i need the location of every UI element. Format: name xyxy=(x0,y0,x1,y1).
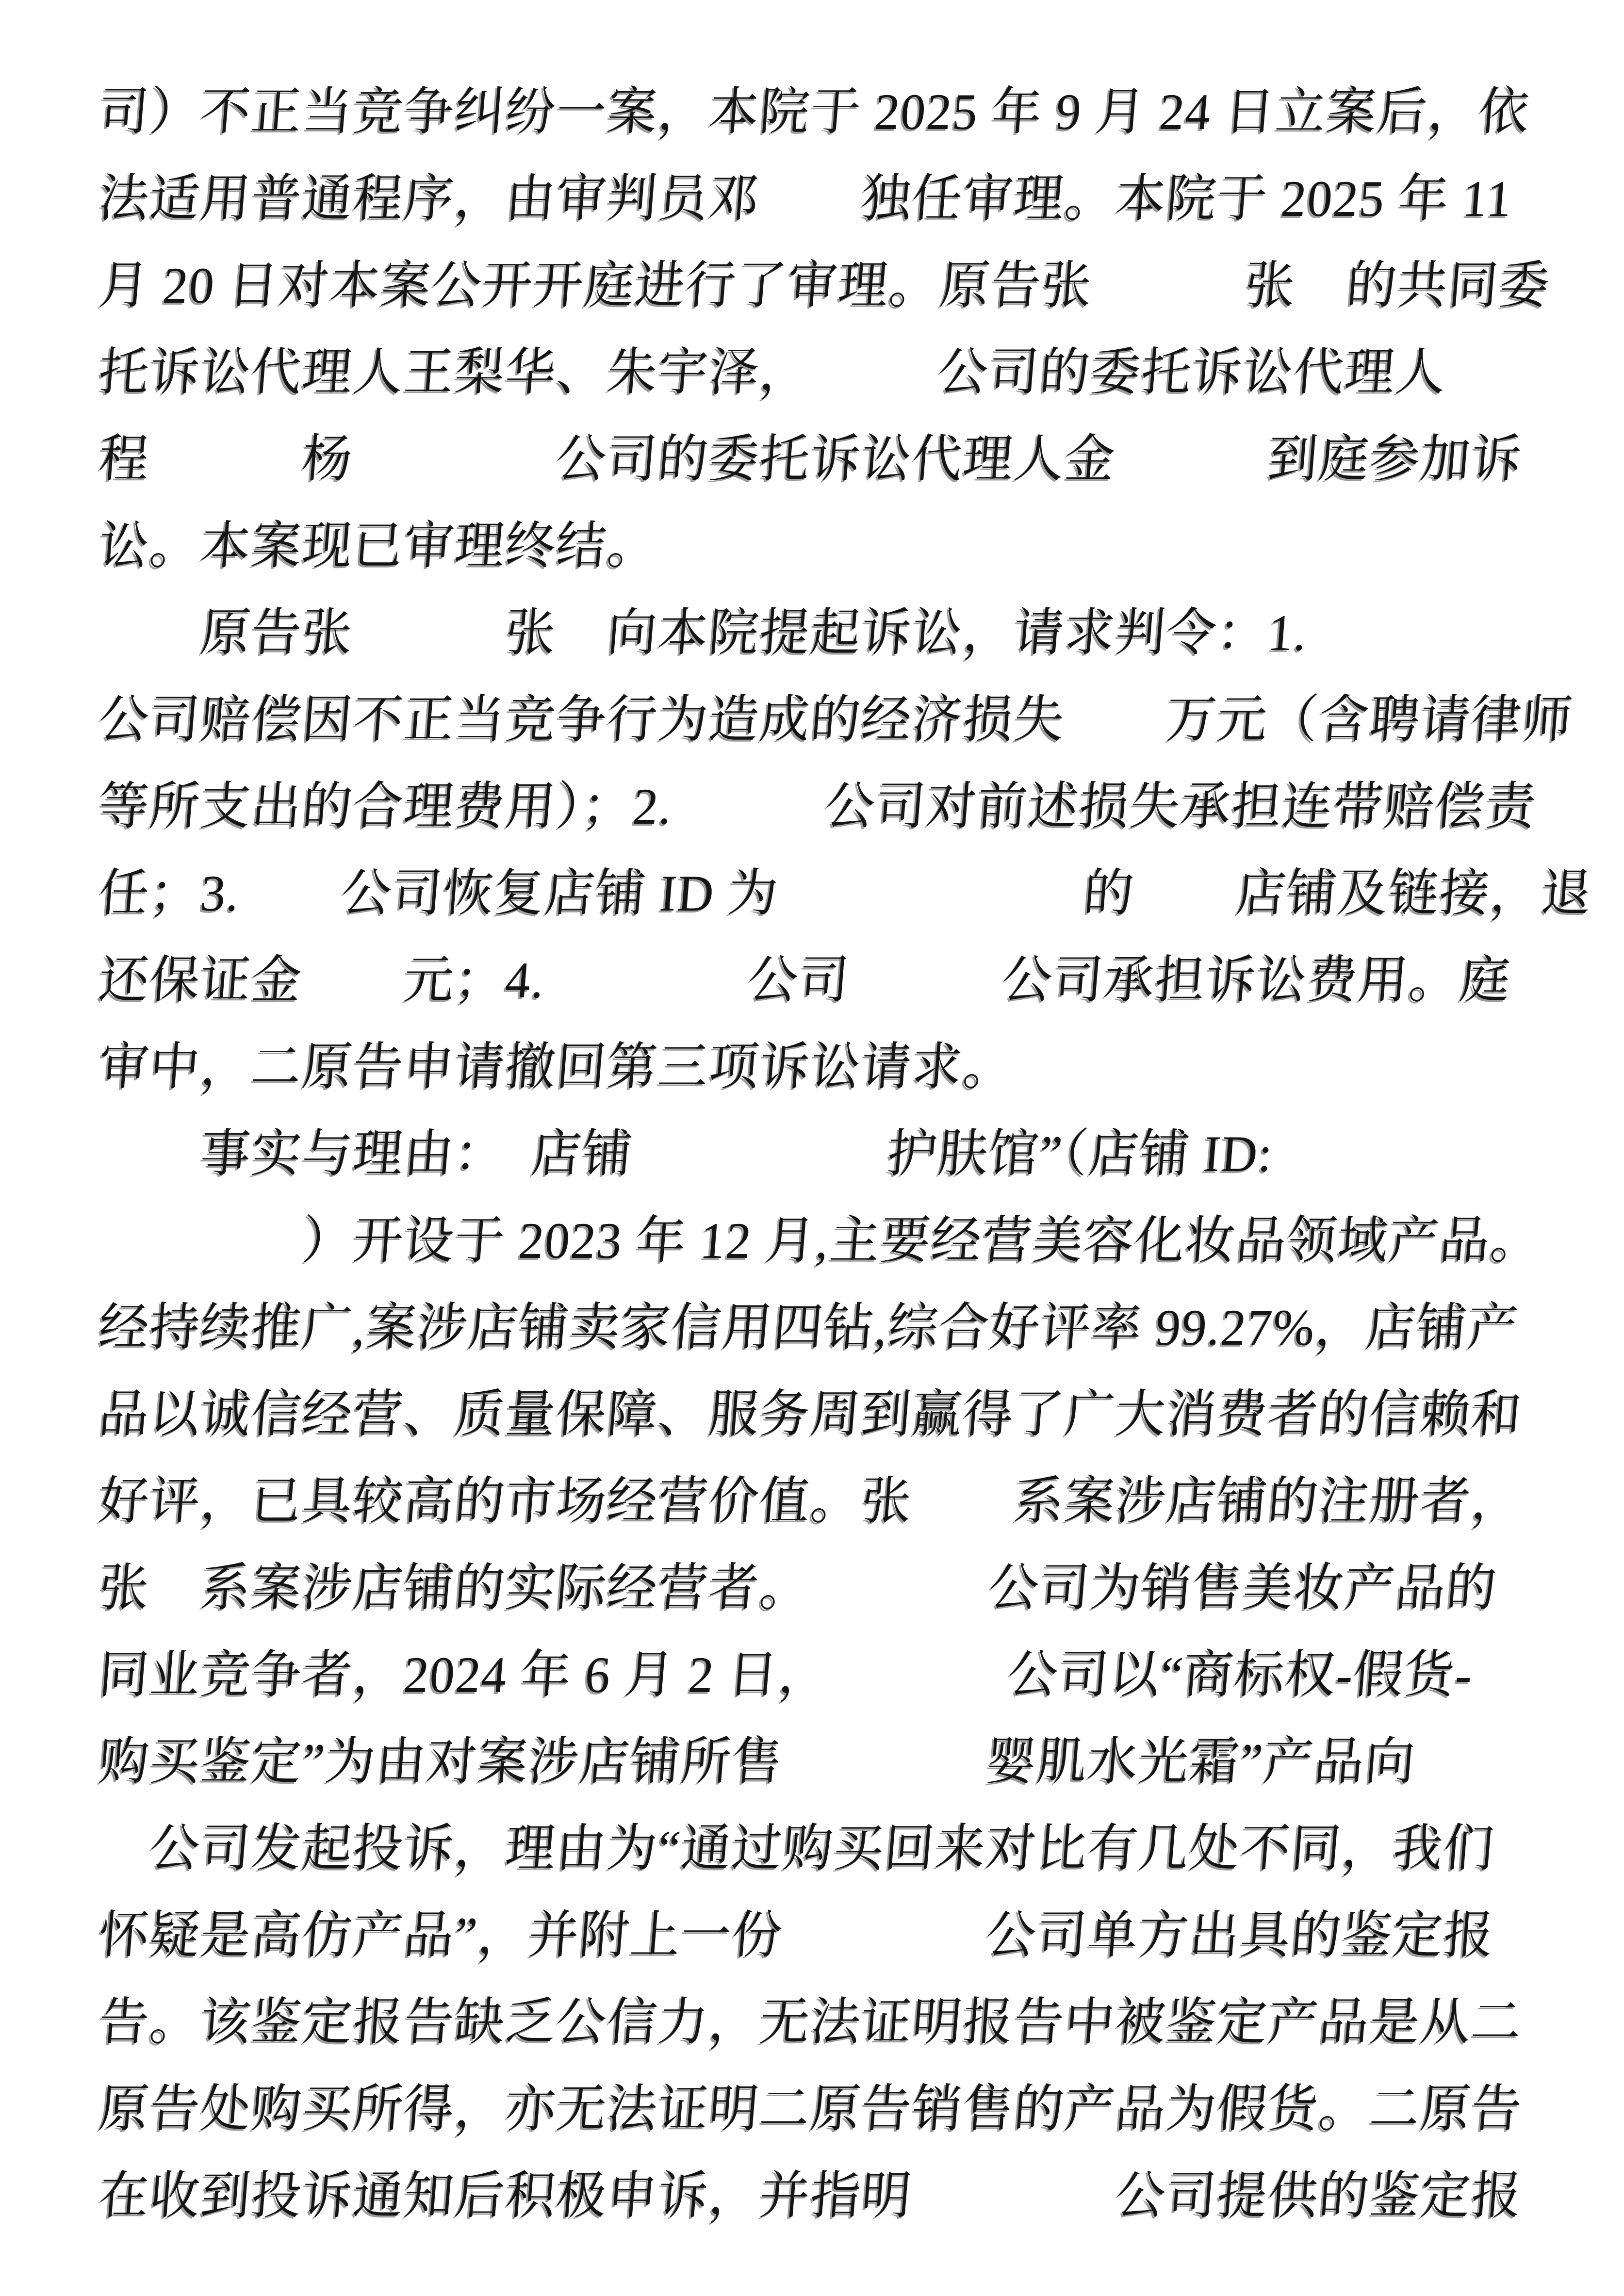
text-line: 月 20 日对本案公开开庭进行了审理。原告张 张 的共同委 xyxy=(96,242,1557,329)
text-line: 在收到投诉通知后积极申诉，并指明 公司提供的鉴定报 xyxy=(96,2152,1557,2239)
text-line: 同业竞争者，2024 年 6 月 2 日， 公司以“商标权-假货- xyxy=(96,1631,1557,1718)
text-line: ）开设于 2023 年 12 月,主要经营美容化妆品领域产品。 xyxy=(96,1197,1557,1284)
document-page: 司）不正当竞争纠纷一案，本院于 2025 年 9 月 24 日立案后，依法适用普… xyxy=(0,0,1624,2296)
text-line: 购买鉴定”为由对案涉店铺所售 婴肌水光霜”产品向 xyxy=(96,1718,1557,1805)
text-line: 司）不正当竞争纠纷一案，本院于 2025 年 9 月 24 日立案后，依 xyxy=(96,68,1557,155)
text-line: 怀疑是高仿产品”，并附上一份 公司单方出具的鉴定报 xyxy=(96,1892,1557,1979)
text-line: 好评，已具较高的市场经营价值。张 系案涉店铺的注册者， xyxy=(96,1458,1557,1545)
text-line: 法适用普通程序，由审判员邓 独任审理。本院于 2025 年 11 xyxy=(96,155,1557,242)
text-line: 品以诚信经营、质量保障、服务周到赢得了广大消费者的信赖和 xyxy=(96,1371,1557,1458)
text-line: 张 系案涉店铺的实际经营者。 公司为销售美妆产品的 xyxy=(96,1545,1557,1631)
text-line: 公司赔偿因不正当竞争行为造成的经济损失 万元（含聘请律师 xyxy=(96,676,1557,763)
document-text-block: 司）不正当竞争纠纷一案，本院于 2025 年 9 月 24 日立案后，依法适用普… xyxy=(99,68,1598,2239)
text-line: 程 杨 公司的委托诉讼代理人金 到庭参加诉 xyxy=(96,416,1557,503)
text-line: 还保证金 元；4. 公司 公司承担诉讼费用。庭 xyxy=(96,937,1557,1024)
text-line: 托诉讼代理人王梨华、朱宇泽， 公司的委托诉讼代理人 xyxy=(96,329,1557,416)
text-line: 事实与理由： 店铺 护肤馆”（店铺 ID: xyxy=(96,1110,1557,1197)
text-line: 公司发起投诉，理由为“通过购买回来对比有几处不同，我们 xyxy=(96,1805,1557,1892)
text-line: 等所支出的合理费用）；2. 公司对前述损失承担连带赔偿责 xyxy=(96,763,1557,850)
text-line: 原告张 张 向本院提起诉讼，请求判令：1. xyxy=(96,589,1557,676)
text-line: 原告处购买所得，亦无法证明二原告销售的产品为假货。二原告 xyxy=(96,2066,1557,2152)
text-line: 告。该鉴定报告缺乏公信力，无法证明报告中被鉴定产品是从二 xyxy=(96,1979,1557,2066)
text-line: 任；3. 公司恢复店铺 ID 为 的 店铺及链接，退 xyxy=(96,850,1557,937)
text-line: 讼。本案现已审理终结。 xyxy=(96,503,1557,589)
text-line: 审中，二原告申请撤回第三项诉讼请求。 xyxy=(96,1024,1557,1110)
text-line: 经持续推广,案涉店铺卖家信用四钻,综合好评率 99.27%，店铺产 xyxy=(96,1284,1557,1371)
